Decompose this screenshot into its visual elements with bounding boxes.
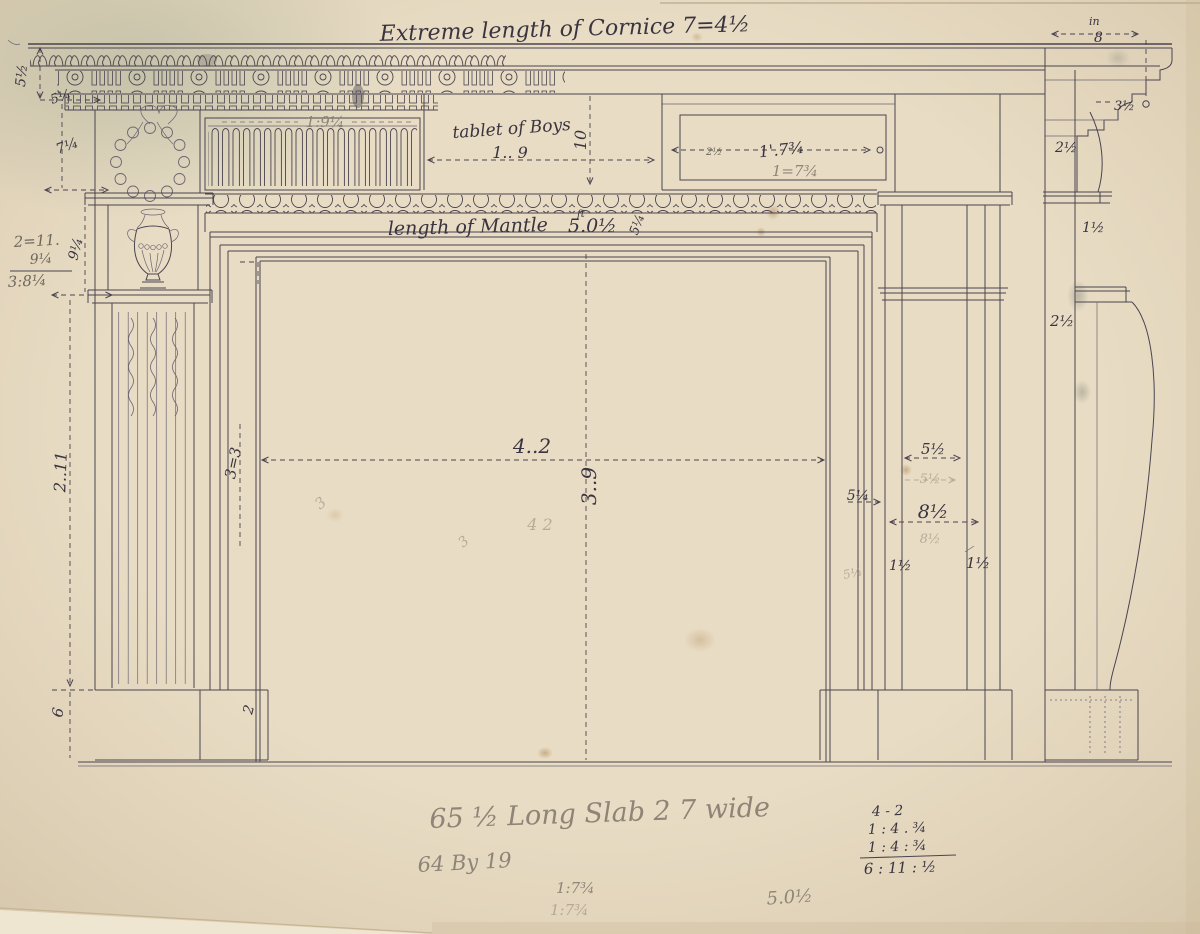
drawing-sheet: Extreme length of Cornice 7=4½ in 8 3½ 2… [0,0,1200,934]
ghost-opening-width: 4 2 [526,515,552,534]
dim-section-top: 2½ [1054,140,1077,156]
slab-note-4: 1:7¾ [550,901,589,919]
dim-section-mid: 1½ [1082,220,1104,236]
right-dim-w3: 8½ [918,501,949,523]
dim-cornice-step: 3½ [1114,99,1135,114]
right-dim-w1-ghost: 5½ [920,472,941,487]
sum-line2: 1 : 4 . ¾ [868,820,927,838]
sum-line1: 4 - 2 [871,803,904,820]
sum-total: 6 : 11 : ½ [864,857,937,878]
mantle-value: 5.0½ [568,215,617,237]
left-dim-top: 5½ [13,64,31,88]
opening-height: 3..9 [577,467,601,505]
right-dim-e2: 1½ [966,554,990,572]
calc-line1: 2=11. [12,231,60,251]
tablet-width: 1.. 9 [492,143,528,162]
right-dim-e1: 1½ [889,558,911,574]
frieze-panel-dim-pencil: 1=7¾ [772,162,818,180]
chimneypiece-drawing: Extreme length of Cornice 7=4½ in 8 3½ 2… [0,0,1200,934]
frieze-panel-small: 2½ [705,147,722,158]
dim-flute-panel: 1:9¼ [306,113,345,131]
mantle-label: length of Mantle [388,214,549,240]
right-dim-w3-ghost: 8½ [920,532,941,547]
tablet-height: 10 [571,130,590,150]
opening-width: 4..2 [512,434,551,458]
slab-note-2: 64 By 19 [417,848,512,877]
calc-line3: 3:8¼ [7,271,47,291]
right-dim-w2: 5¼ [847,488,869,504]
slab-note-3: 1:7¾ [556,879,595,897]
left-dim-shaft: 2..11 [50,451,70,493]
right-dim-w1: 5½ [921,440,945,458]
sum-line3: 1 : 4 : ¾ [868,838,927,856]
dim-cornice-width: 8 [1094,30,1103,46]
calc-line2: 9¼ [29,251,52,268]
ghost-bottom: 5.0½ [766,885,813,909]
dim-section-low: 2½ [1049,312,1074,330]
dim-cornice-unit: in [1089,15,1100,28]
